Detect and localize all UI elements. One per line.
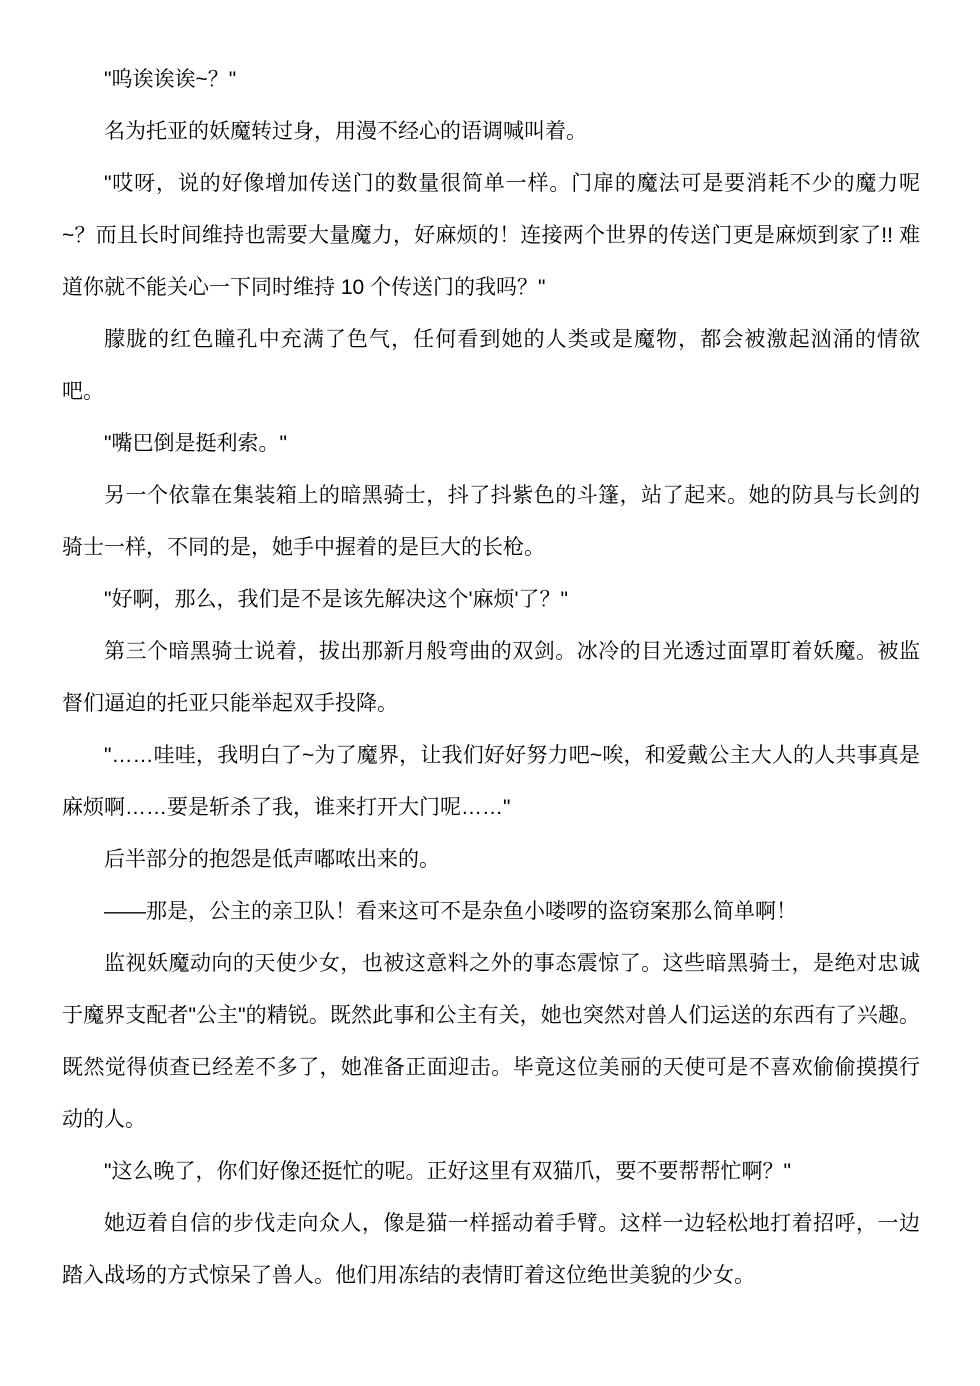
novel-text-page: "呜诶诶诶~？" 名为托亚的妖魔转过身，用漫不经心的语调喊叫着。 "哎呀，说的好… bbox=[0, 0, 980, 1386]
paragraph: 第三个暗黑骑士说着，拔出那新月般弯曲的双剑。冰冷的目光透过面罩盯着妖魔。被监督们… bbox=[62, 626, 920, 730]
paragraph: "……哇哇，我明白了~为了魔界，让我们好好努力吧~唉，和爱戴公主大人的人共事真是… bbox=[62, 730, 920, 834]
paragraph: 朦胧的红色瞳孔中充满了色气，任何看到她的人类或是魔物，都会被激起汹涌的情欲吧。 bbox=[62, 314, 920, 418]
paragraph: 监视妖魔动向的天使少女，也被这意料之外的事态震惊了。这些暗黑骑士，是绝对忠诚于魔… bbox=[62, 938, 920, 1146]
paragraph: 后半部分的抱怨是低声嘟哝出来的。 bbox=[62, 834, 920, 886]
paragraph: "呜诶诶诶~？" bbox=[62, 54, 920, 106]
paragraph: 名为托亚的妖魔转过身，用漫不经心的语调喊叫着。 bbox=[62, 106, 920, 158]
paragraph: "嘴巴倒是挺利索。" bbox=[62, 418, 920, 470]
paragraph: "好啊，那么，我们是不是该先解决这个'麻烦'了？" bbox=[62, 574, 920, 626]
paragraph: "哎呀，说的好像增加传送门的数量很简单一样。门扉的魔法可是要消耗不少的魔力呢~？… bbox=[62, 158, 920, 314]
paragraph: 另一个依靠在集装箱上的暗黑骑士，抖了抖紫色的斗篷，站了起来。她的防具与长剑的骑士… bbox=[62, 470, 920, 574]
paragraph: "这么晚了，你们好像还挺忙的呢。正好这里有双猫爪，要不要帮帮忙啊？" bbox=[62, 1146, 920, 1198]
paragraph: 她迈着自信的步伐走向众人，像是猫一样摇动着手臂。这样一边轻松地打着招呼，一边踏入… bbox=[62, 1198, 920, 1302]
paragraph: ——那是，公主的亲卫队！看来这可不是杂鱼小喽啰的盗窃案那么简单啊！ bbox=[62, 886, 920, 938]
